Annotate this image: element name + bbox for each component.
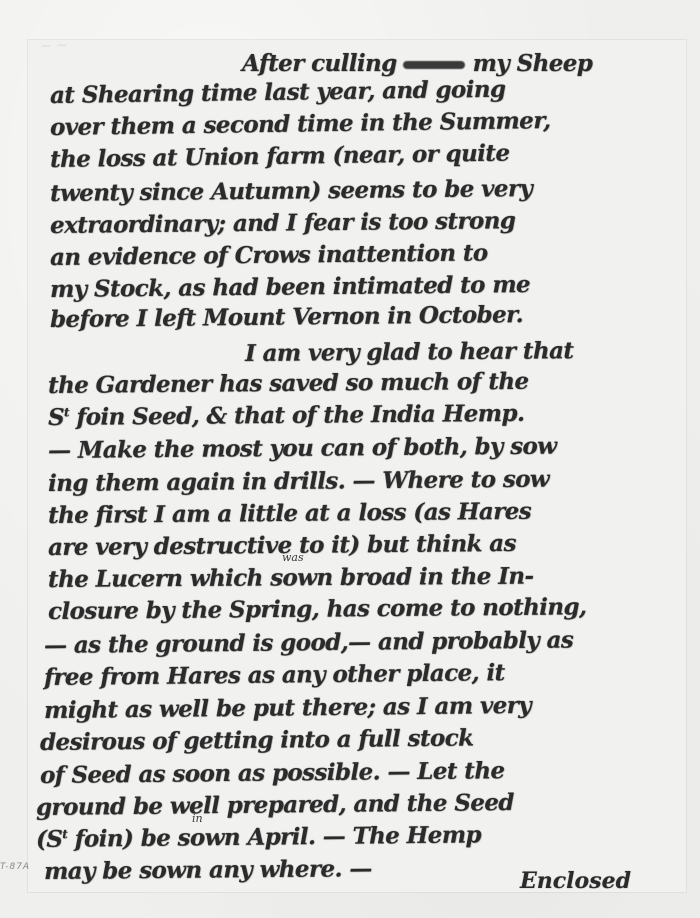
letter-line-7: an evidence of Crows inattention to: [50, 239, 488, 271]
faint-bleedthrough-mark: ~ ~: [40, 37, 69, 54]
letter-line-23: of Seed as soon as possible. — Let the: [40, 757, 505, 789]
letter-line-26: may be sown any where. —: [44, 855, 372, 885]
letter-line-9: before I left Mount Vernon in October.: [50, 301, 523, 333]
letter-line-13: — Make the most you can of both, by sow: [48, 433, 557, 464]
line-text: After culling: [242, 50, 397, 77]
letter-line-1: After cullingmy Sheep: [242, 50, 592, 77]
line-text: foin Seed, & that of the India Hemp.: [69, 400, 525, 431]
line-text: my Sheep: [473, 50, 593, 77]
letter-line-17: the Lucern which sown broad in the In-: [48, 563, 534, 593]
struck-through-word: [403, 61, 465, 69]
letter-line-18: closure by the Spring, has come to nothi…: [48, 593, 587, 625]
interlineation-was: was: [282, 551, 304, 564]
letter-line-5: twenty since Autumn) seems to be very: [50, 175, 532, 207]
catchword-enclosed: Enclosed: [520, 868, 631, 894]
archive-stamp: T-87A: [0, 862, 30, 872]
letter-line-15: the first I am a little at a loss (as Ha…: [48, 498, 531, 529]
letter-line-24: ground be well prepared, and the Seed: [36, 789, 514, 821]
letter-line-14: ing them again in drills. — Where to sow: [48, 466, 549, 497]
letter-line-20: free from Hares as any other place, it: [44, 659, 505, 691]
letter-line-21: might as well be put there; as I am very: [44, 692, 531, 724]
letter-line-22: desirous of getting into a full stock: [40, 724, 474, 756]
manuscript-page: ~ ~ After cullingmy Sheep at Shearing ti…: [0, 0, 700, 918]
line-text: (S: [36, 826, 63, 853]
letter-line-12: St foin Seed, & that of the India Hemp.: [48, 400, 525, 431]
letter-line-8: my Stock, as had been intimated to me: [50, 271, 530, 303]
letter-line-25: (St foin) be sown April. — The Hemp: [36, 821, 481, 853]
line-text: foin) be sown April. — The Hemp: [67, 821, 481, 852]
interlineation-in: in: [192, 812, 203, 825]
letter-line-19: — as the ground is good,— and probably a…: [44, 626, 573, 659]
letter-line-6: extraordinary; and I fear is too strong: [50, 207, 516, 239]
letter-line-11: the Gardener has saved so much of the: [48, 368, 529, 399]
line-text: S: [48, 404, 64, 431]
letter-line-10: I am very glad to hear that: [245, 337, 574, 367]
